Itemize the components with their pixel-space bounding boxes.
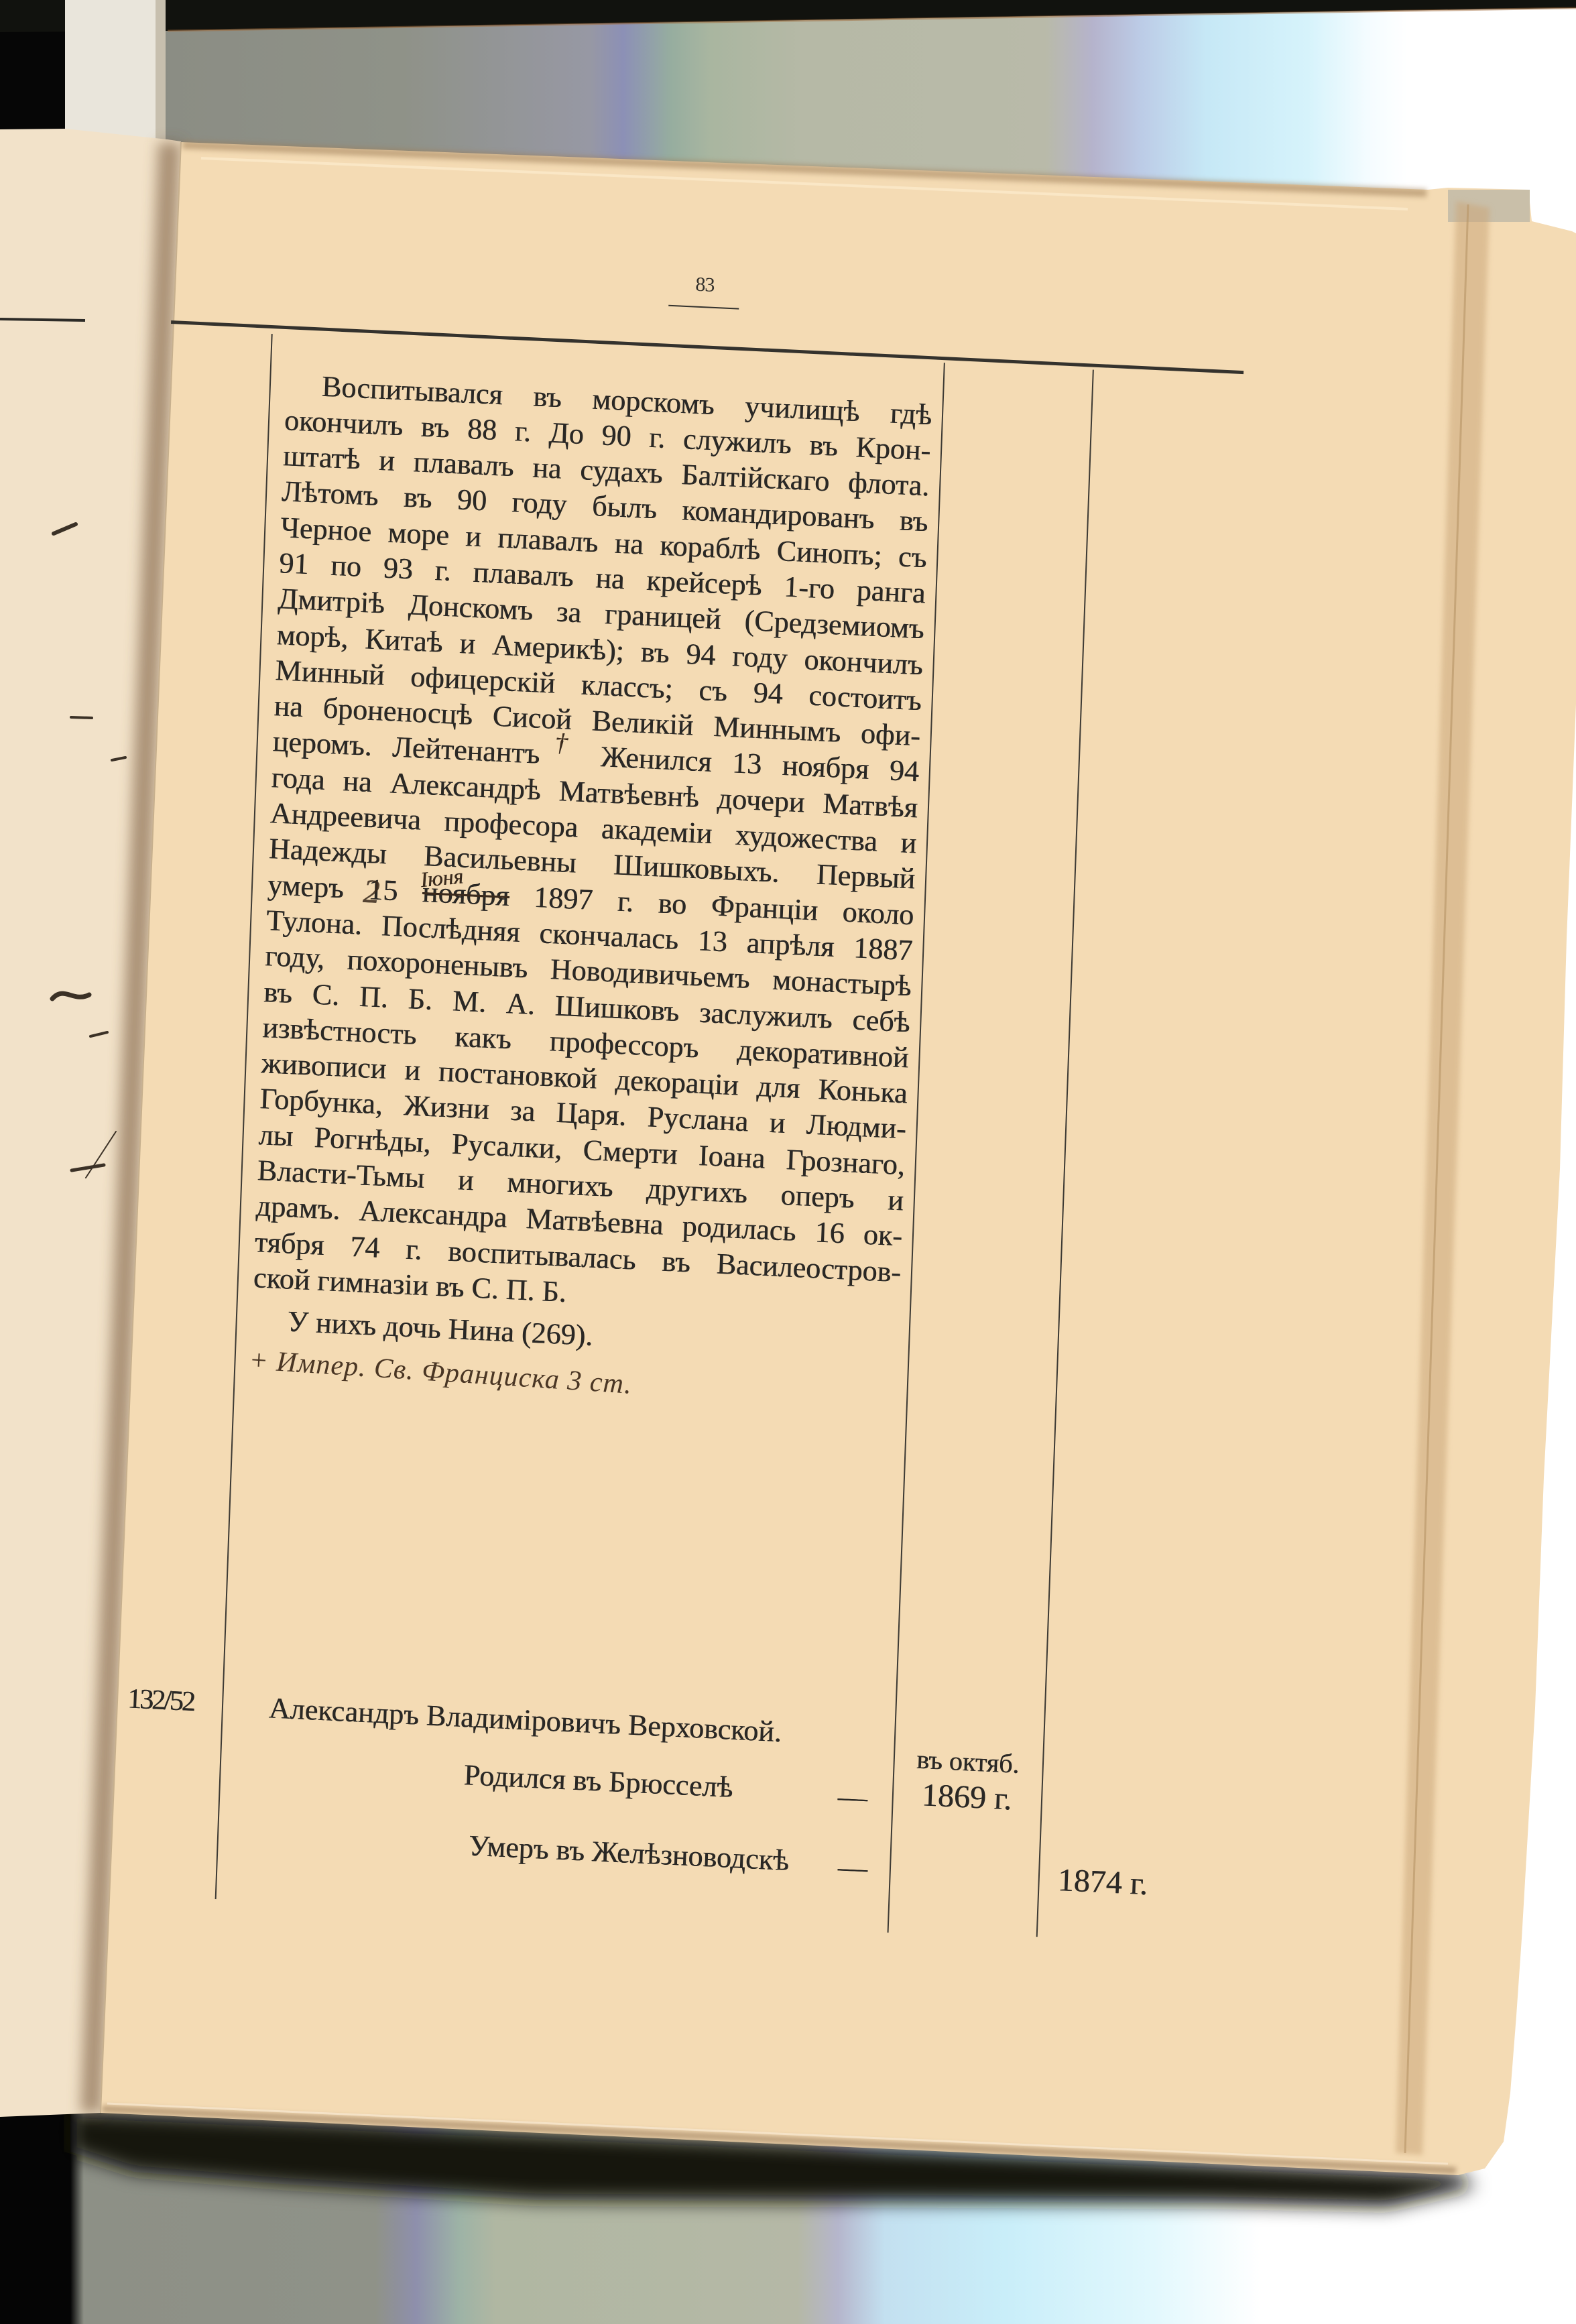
left-page-stack-edge <box>65 0 166 142</box>
top-shadow <box>0 0 1576 32</box>
died-date-year: 1874 г. <box>1057 1864 1148 1900</box>
page-number: 83 <box>684 274 725 296</box>
text-segment: умеръ <box>267 868 369 906</box>
corrected-month: ноябряІюня <box>422 875 509 912</box>
handwritten-digit: 2 <box>362 873 380 908</box>
died-dash: — <box>837 1853 868 1884</box>
biography-text: Воспитывался въ морскомъ училищѣ гдѣ око… <box>251 367 932 1368</box>
corrected-day: 12 <box>368 873 384 906</box>
record-number: 132/52 <box>127 1685 194 1716</box>
text-segment: 5 <box>383 873 399 907</box>
left-page-rule <box>0 319 85 320</box>
handwritten-month: Іюня <box>419 865 464 890</box>
left-page-stack-edge-shade <box>156 0 166 142</box>
handwritten-cross-icon: † <box>541 728 581 758</box>
born-dash: — <box>837 1782 868 1813</box>
